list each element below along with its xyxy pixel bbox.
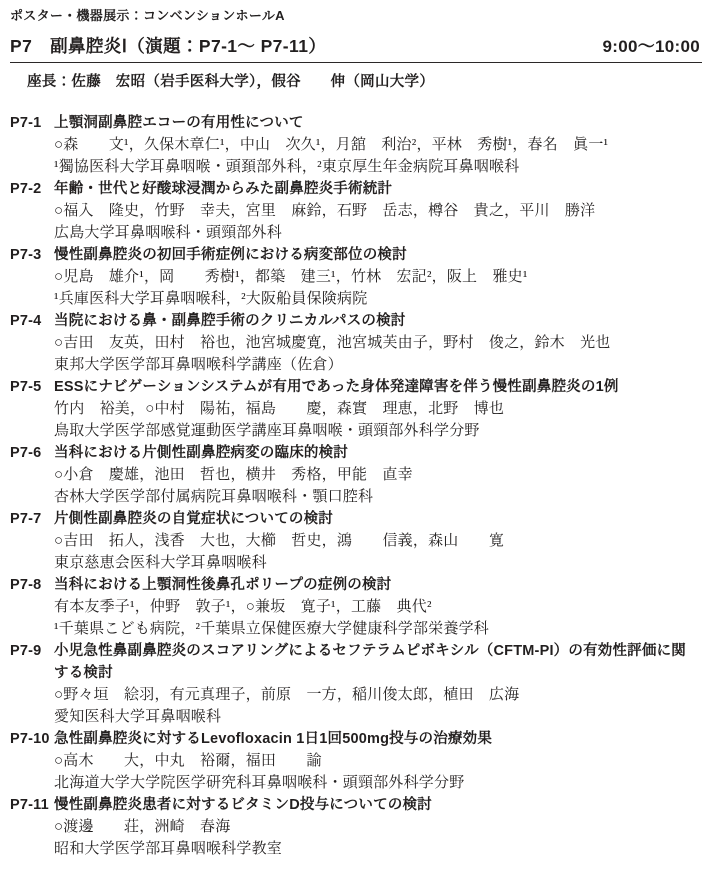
program-page: ポスター・機器展示：コンベンションホールA P7 副鼻腔炎Ⅰ（演題：P7-1～ … — [0, 0, 710, 860]
entry-affiliation: 東京慈恵会医科大学耳鼻咽喉科 — [54, 552, 698, 574]
session-time: 9:00～10:00 — [602, 32, 700, 57]
venue-line: ポスター・機器展示：コンベンションホールA — [10, 7, 702, 25]
entry-authors: ○吉田 友英，田村 裕也，池宮城慶寛，池宮城芙由子，野村 俊之，鈴木 光也 — [54, 332, 698, 354]
entry-content: 当科における上顎洞性後鼻孔ポリープの症例の検討 有本友季子¹，仲野 敦子¹，○兼… — [54, 574, 702, 640]
entry-number: P7-2 — [10, 178, 54, 200]
entry-title: 当科における片側性副鼻腔病変の臨床的検討 — [54, 442, 698, 464]
program-entry: P7-2 年齢・世代と好酸球浸潤からみた副鼻腔炎手術統計 ○福入 隆史，竹野 幸… — [10, 178, 702, 244]
entry-title: 当院における鼻・副鼻腔手術のクリニカルパスの検討 — [54, 310, 698, 332]
entry-number: P7-3 — [10, 244, 54, 266]
entry-affiliation: 東邦大学医学部耳鼻咽喉科学講座（佐倉） — [54, 354, 698, 376]
program-entry: P7-9 小児急性鼻副鼻腔炎のスコアリングによるセフテラムピボキシル（CFTM-… — [10, 640, 702, 728]
entry-authors: ○野々垣 絵羽，有元真理子，前原 一方，稲川俊太郎，植田 広海 — [54, 684, 698, 706]
entry-title: 慢性副鼻腔炎の初回手術症例における病変部位の検討 — [54, 244, 698, 266]
program-entry: P7-11 慢性副鼻腔炎患者に対するビタミンD投与についての検討 ○渡邊 荘，洲… — [10, 794, 702, 860]
entry-authors: ○小倉 慶雄，池田 哲也，横井 秀格，甲能 直幸 — [54, 464, 698, 486]
entry-affiliation: 杏林大学医学部付属病院耳鼻咽喉科・顎口腔科 — [54, 486, 698, 508]
entry-authors: ○吉田 拓人，浅香 大也，大櫛 哲史，鴻 信義，森山 寛 — [54, 530, 698, 552]
entry-content: 年齢・世代と好酸球浸潤からみた副鼻腔炎手術統計 ○福入 隆史，竹野 幸夫，宮里 … — [54, 178, 702, 244]
entry-number: P7-7 — [10, 508, 54, 530]
entry-affiliation: 北海道大学大学院医学研究科耳鼻咽喉科・頭頸部外科学分野 — [54, 772, 698, 794]
program-entry: P7-4 当院における鼻・副鼻腔手術のクリニカルパスの検討 ○吉田 友英，田村 … — [10, 310, 702, 376]
entry-number: P7-8 — [10, 574, 54, 596]
entry-title: 片側性副鼻腔炎の自覚症状についての検討 — [54, 508, 698, 530]
entry-content: 片側性副鼻腔炎の自覚症状についての検討 ○吉田 拓人，浅香 大也，大櫛 哲史，鴻… — [54, 508, 702, 574]
entry-authors: ○児島 雄介¹，岡 秀樹¹，都築 建三¹，竹林 宏記²，阪上 雅史¹ — [54, 266, 698, 288]
entry-title: ESSにナビゲーションシステムが有用であった身体発達障害を伴う慢性副鼻腔炎の1例 — [54, 376, 698, 398]
program-entry: P7-1 上顎洞副鼻腔エコーの有用性について ○森 文¹，久保木章仁¹，中山 次… — [10, 112, 702, 178]
entry-number: P7-6 — [10, 442, 54, 464]
program-entry: P7-5 ESSにナビゲーションシステムが有用であった身体発達障害を伴う慢性副鼻… — [10, 376, 702, 442]
entries-list: P7-1 上顎洞副鼻腔エコーの有用性について ○森 文¹，久保木章仁¹，中山 次… — [10, 112, 702, 860]
entry-authors: ○渡邊 荘，洲崎 春海 — [54, 816, 698, 838]
entry-title: 上顎洞副鼻腔エコーの有用性について — [54, 112, 698, 134]
entry-content: 上顎洞副鼻腔エコーの有用性について ○森 文¹，久保木章仁¹，中山 次久¹，月舘… — [54, 112, 702, 178]
entry-number: P7-5 — [10, 376, 54, 398]
entry-title: 慢性副鼻腔炎患者に対するビタミンD投与についての検討 — [54, 794, 698, 816]
entry-affiliation: ¹獨協医科大学耳鼻咽喉・頭頚部外科，²東京厚生年金病院耳鼻咽喉科 — [54, 156, 698, 178]
entry-title: 急性副鼻腔炎に対するLevofloxacin 1日1回500mg投与の治療効果 — [54, 728, 698, 750]
entry-affiliation: 広島大学耳鼻咽喉科・頭頸部外科 — [54, 222, 698, 244]
program-entry: P7-6 当科における片側性副鼻腔病変の臨床的検討 ○小倉 慶雄，池田 哲也，横… — [10, 442, 702, 508]
entry-title: 小児急性鼻副鼻腔炎のスコアリングによるセフテラムピボキシル（CFTM-PI）の有… — [54, 640, 698, 684]
entry-number: P7-11 — [10, 794, 54, 816]
entry-content: 急性副鼻腔炎に対するLevofloxacin 1日1回500mg投与の治療効果 … — [54, 728, 702, 794]
session-header: P7 副鼻腔炎Ⅰ（演題：P7-1～ P7-11） 9:00～10:00 — [10, 32, 702, 58]
entry-authors: ○福入 隆史，竹野 幸夫，宮里 麻鈴，石野 岳志，樽谷 貴之，平川 勝洋 — [54, 200, 698, 222]
entry-affiliation: ¹兵庫医科大学耳鼻咽喉科，²大阪船員保険病院 — [54, 288, 698, 310]
entry-authors: 竹内 裕美，○中村 陽祐，福島 慶，森實 理恵，北野 博也 — [54, 398, 698, 420]
entry-authors: ○高木 大，中丸 裕爾，福田 諭 — [54, 750, 698, 772]
program-entry: P7-7 片側性副鼻腔炎の自覚症状についての検討 ○吉田 拓人，浅香 大也，大櫛… — [10, 508, 702, 574]
entry-affiliation: 昭和大学医学部耳鼻咽喉科学教室 — [54, 838, 698, 860]
entry-number: P7-10 — [10, 728, 54, 750]
program-entry: P7-10 急性副鼻腔炎に対するLevofloxacin 1日1回500mg投与… — [10, 728, 702, 794]
entry-number: P7-4 — [10, 310, 54, 332]
session-title: P7 副鼻腔炎Ⅰ（演題：P7-1～ P7-11） — [10, 33, 326, 58]
entry-title: 年齢・世代と好酸球浸潤からみた副鼻腔炎手術統計 — [54, 178, 698, 200]
entry-content: 当院における鼻・副鼻腔手術のクリニカルパスの検討 ○吉田 友英，田村 裕也，池宮… — [54, 310, 702, 376]
entry-number: P7-1 — [10, 112, 54, 134]
entry-content: 慢性副鼻腔炎患者に対するビタミンD投与についての検討 ○渡邊 荘，洲崎 春海 昭… — [54, 794, 702, 860]
entry-title: 当科における上顎洞性後鼻孔ポリープの症例の検討 — [54, 574, 698, 596]
chairs-line: 座長：佐藤 宏昭（岩手医科大学），假谷 伸（岡山大学） — [10, 72, 702, 92]
entry-content: ESSにナビゲーションシステムが有用であった身体発達障害を伴う慢性副鼻腔炎の1例… — [54, 376, 702, 442]
entry-affiliation: ¹千葉県こども病院，²千葉県立保健医療大学健康科学部栄養学科 — [54, 618, 698, 640]
entry-authors: 有本友季子¹，仲野 敦子¹，○兼坂 寛子¹，工藤 典代² — [54, 596, 698, 618]
divider-line — [10, 62, 702, 63]
entry-authors: ○森 文¹，久保木章仁¹，中山 次久¹，月舘 利治²，平林 秀樹¹，春名 眞一¹ — [54, 134, 698, 156]
entry-content: 当科における片側性副鼻腔病変の臨床的検討 ○小倉 慶雄，池田 哲也，横井 秀格，… — [54, 442, 702, 508]
program-entry: P7-3 慢性副鼻腔炎の初回手術症例における病変部位の検討 ○児島 雄介¹，岡 … — [10, 244, 702, 310]
program-entry: P7-8 当科における上顎洞性後鼻孔ポリープの症例の検討 有本友季子¹，仲野 敦… — [10, 574, 702, 640]
entry-content: 慢性副鼻腔炎の初回手術症例における病変部位の検討 ○児島 雄介¹，岡 秀樹¹，都… — [54, 244, 702, 310]
entry-content: 小児急性鼻副鼻腔炎のスコアリングによるセフテラムピボキシル（CFTM-PI）の有… — [54, 640, 702, 728]
entry-number: P7-9 — [10, 640, 54, 662]
entry-affiliation: 愛知医科大学耳鼻咽喉科 — [54, 706, 698, 728]
entry-affiliation: 鳥取大学医学部感覚運動医学講座耳鼻咽喉・頭頸部外科学分野 — [54, 420, 698, 442]
